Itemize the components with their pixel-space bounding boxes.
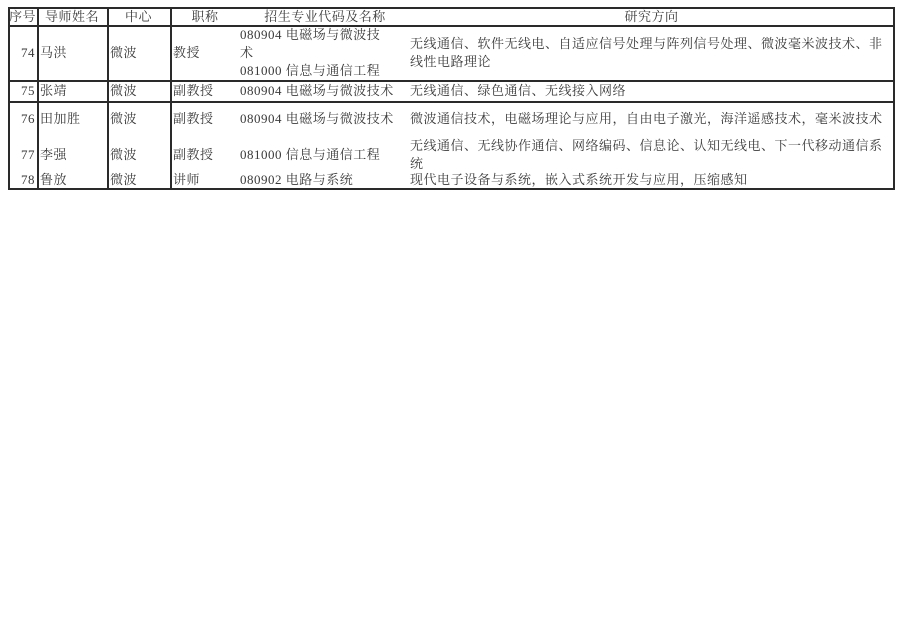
col-num-divider [37, 7, 39, 190]
row-num: 76 [8, 101, 35, 137]
center-name: 微波 [110, 25, 168, 80]
advisor-title: 副教授 [173, 137, 239, 172]
major-codes: 080904 电磁场与微波技术 [240, 80, 410, 101]
research-directions: 微波通信技术，电磁场理论与应用，自由电子激光，海洋遥感技术，毫米波技术 [410, 101, 892, 137]
research-text: 微波通信技术，电磁场理论与应用，自由电子激光，海洋遥感技术，毫米波技术 [410, 110, 892, 128]
research-text: 无线通信、软件无线电、自适应信号处理与阵列信号处理、微波毫米波技术、非线性电路理… [410, 35, 892, 71]
research-directions: 无线通信、软件无线电、自适应信号处理与阵列信号处理、微波毫米波技术、非线性电路理… [410, 25, 892, 80]
major-codes: 081000 信息与通信工程 [240, 137, 410, 172]
center-name: 微波 [110, 101, 168, 137]
col-center-divider [170, 7, 172, 190]
center-name: 微波 [110, 137, 168, 172]
advisor-name: 李强 [40, 137, 106, 172]
major-codes: 080904 电磁场与微波技术 [240, 101, 410, 137]
advisor-name: 鲁放 [40, 172, 106, 188]
header-research: 研究方向 [410, 9, 893, 25]
header-major: 招生专业代码及名称 [240, 9, 410, 25]
major-line: 080904 电磁场与微波技 [240, 26, 380, 44]
advisor-title: 讲师 [173, 172, 239, 188]
advisor-name: 马洪 [40, 25, 106, 80]
research-text: 现代电子设备与系统，嵌入式系统开发与应用，压缩感知 [410, 171, 892, 189]
advisor-title: 教授 [173, 25, 239, 80]
major-line: 术 [240, 44, 254, 62]
major-codes: 080904 电磁场与微波技 术 081000 信息与通信工程 [240, 25, 410, 80]
research-text: 无线通信、绿色通信、无线接入网络 [410, 82, 892, 100]
advisor-title: 副教授 [173, 80, 239, 101]
header-title: 职称 [170, 9, 240, 25]
research-directions: 现代电子设备与系统，嵌入式系统开发与应用，压缩感知 [410, 172, 892, 188]
header-center: 中心 [107, 9, 170, 25]
col-name-divider [107, 7, 109, 190]
row-num: 74 [8, 25, 35, 80]
header-name: 导师姓名 [37, 9, 107, 25]
major-line: 081000 信息与通信工程 [240, 62, 380, 80]
table-right-border [893, 7, 895, 190]
research-directions: 无线通信、绿色通信、无线接入网络 [410, 80, 892, 101]
advisor-title: 副教授 [173, 101, 239, 137]
research-directions: 无线通信、无线协作通信、网络编码、信息论、认知无线电、下一代移动通信系统 [410, 137, 892, 172]
header-num: 序号 [8, 9, 37, 25]
row-num: 75 [8, 80, 35, 101]
document-page: 序号 导师姓名 中心 职称 招生专业代码及名称 研究方向 74 马洪 微波 教授… [0, 0, 900, 624]
center-name: 微波 [110, 172, 168, 188]
advisor-table: 序号 导师姓名 中心 职称 招生专业代码及名称 研究方向 74 马洪 微波 教授… [8, 7, 895, 190]
major-codes: 080902 电路与系统 [240, 172, 410, 188]
advisor-name: 张靖 [40, 80, 106, 101]
row-num: 78 [8, 172, 35, 188]
advisor-name: 田加胜 [40, 101, 106, 137]
research-text: 无线通信、无线协作通信、网络编码、信息论、认知无线电、下一代移动通信系统 [410, 137, 892, 173]
row-num: 77 [8, 137, 35, 172]
center-name: 微波 [110, 80, 168, 101]
